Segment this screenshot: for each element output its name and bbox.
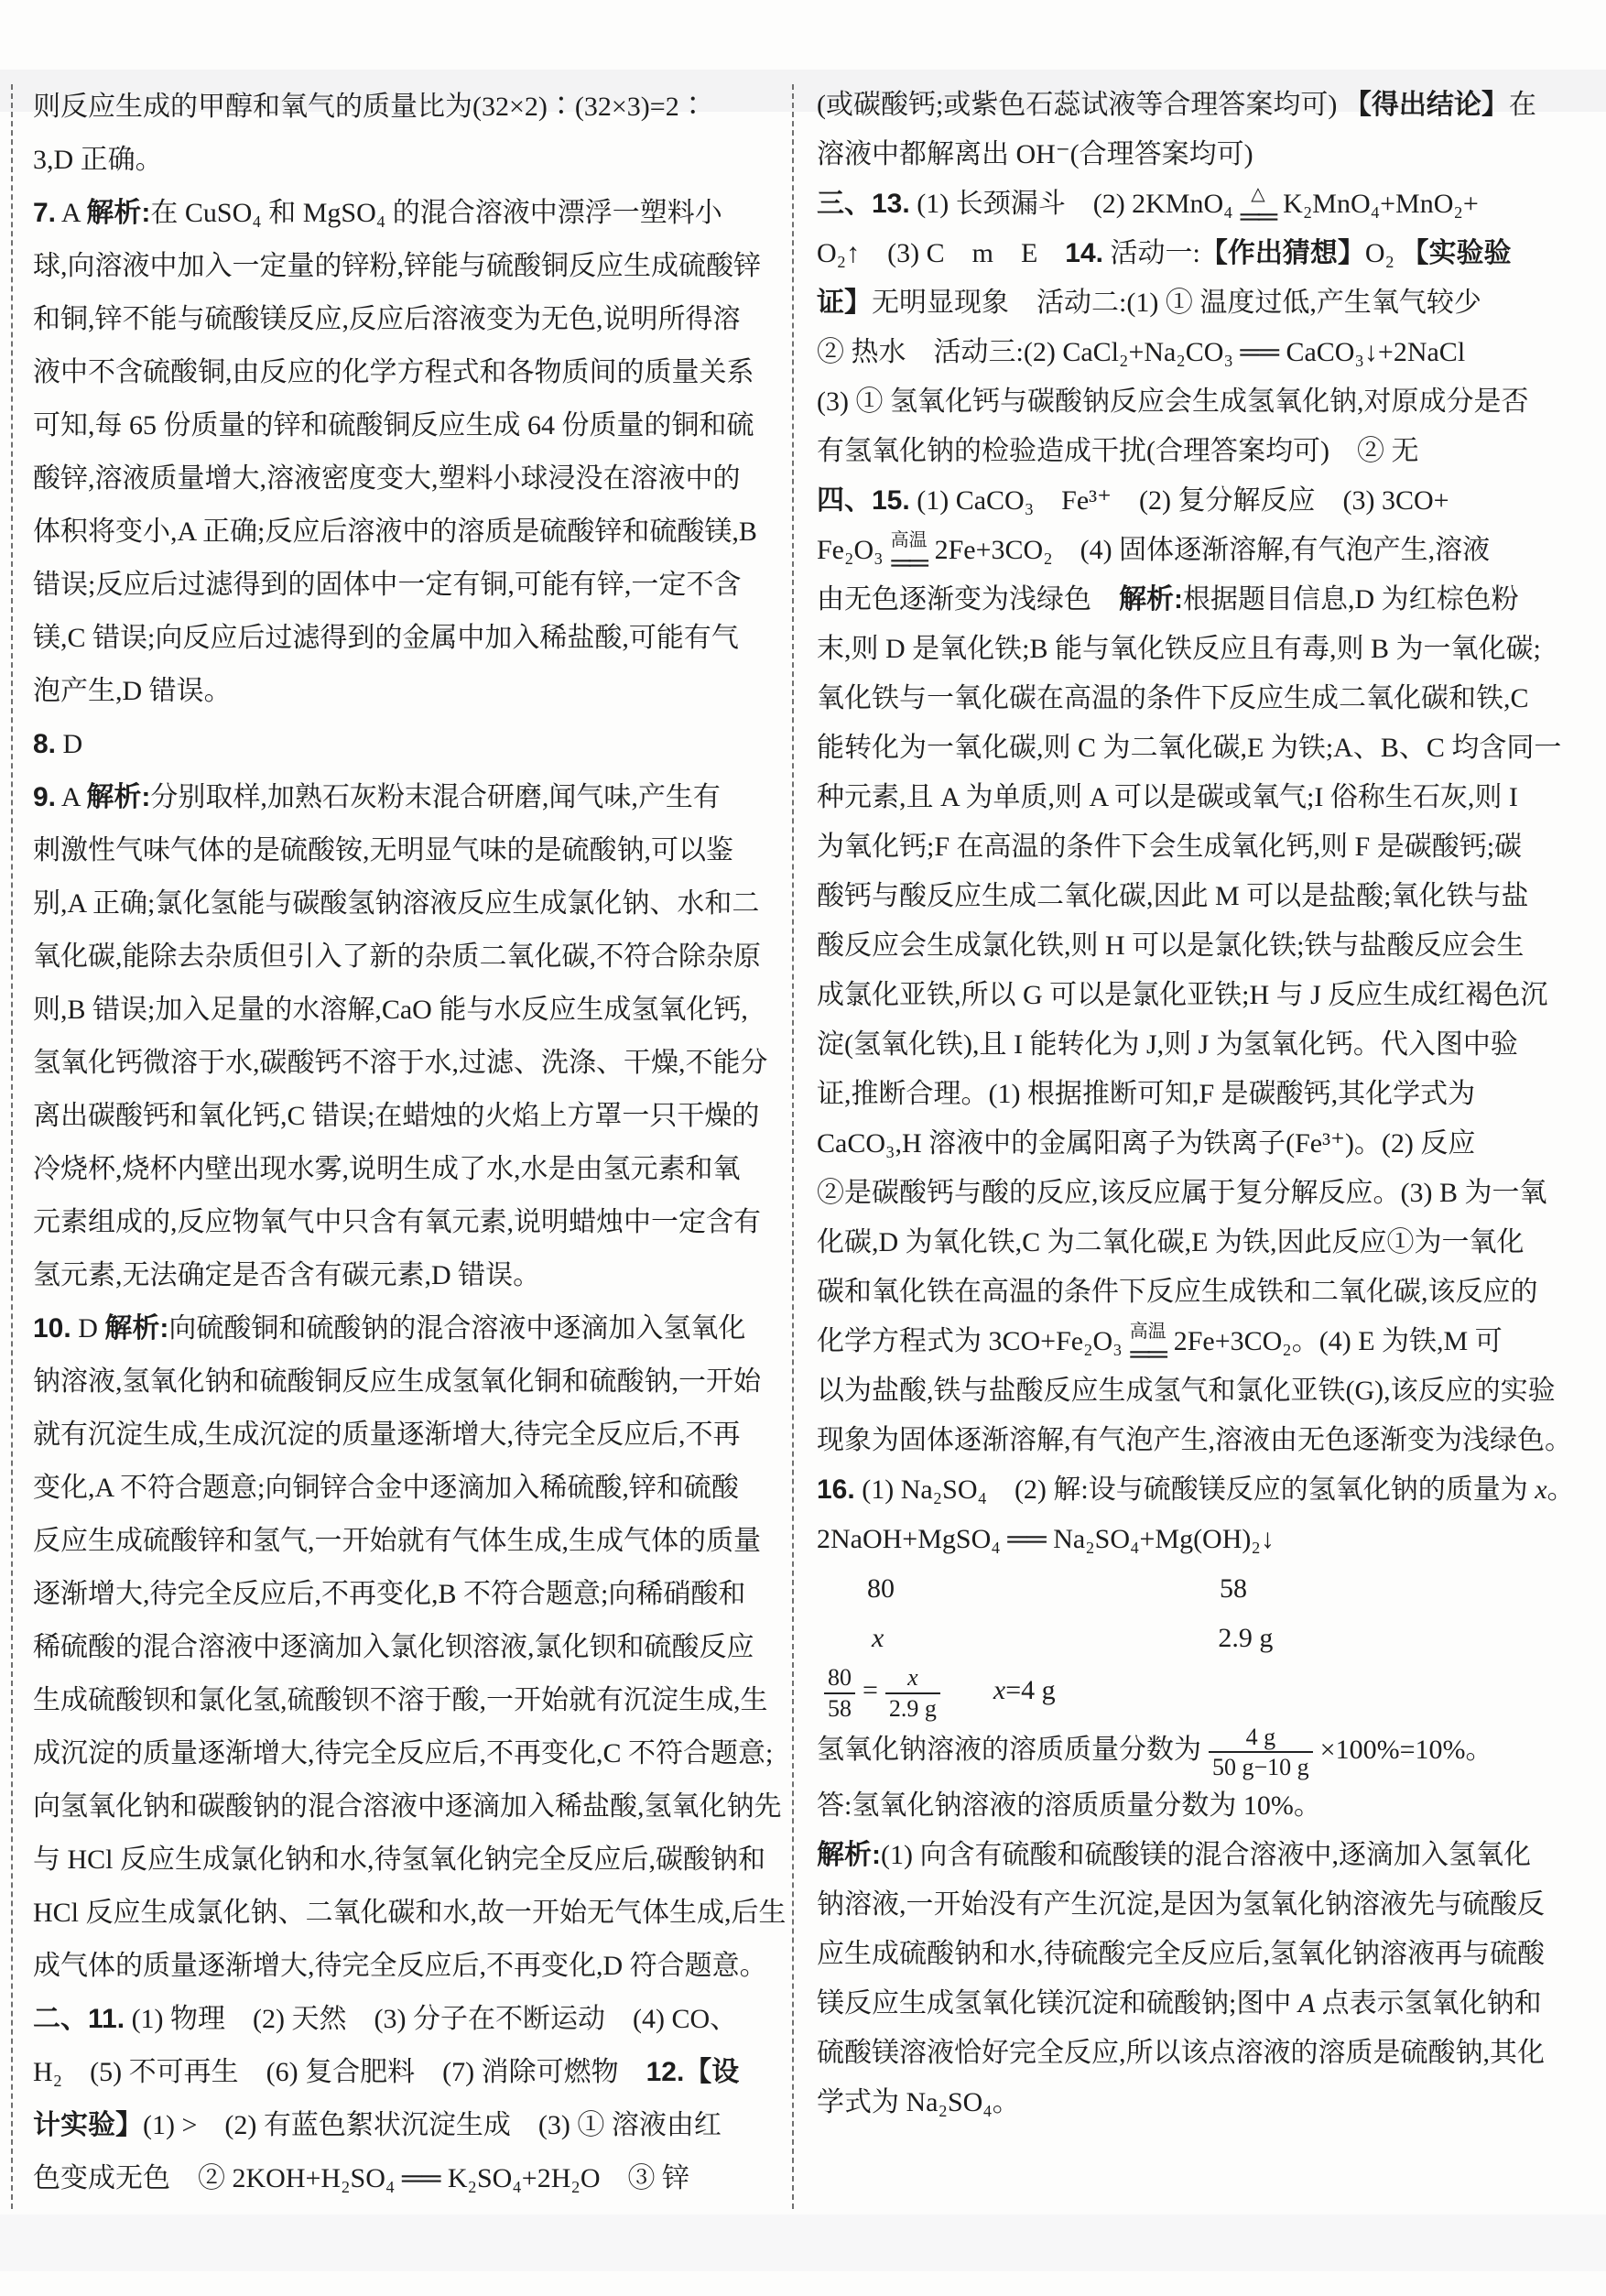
bold-segment: 四、15. <box>817 485 910 516</box>
text-segment: 无明显现象 活动二:(1) ① 温度过低,产生氧气较少 <box>872 288 1481 318</box>
text-segment: 氢氧化钙微溶于水,碳酸钙不溶于水,过滤、洗涤、干燥,不能分 <box>33 1048 768 1078</box>
text-line: 答:氢氧化钠溶液的溶质质量分数为 10%。 <box>817 1781 1577 1831</box>
text-line: 反应生成硫酸锌和氢气,一开始就有气体生成,生成气体的质量 <box>33 1515 782 1568</box>
text-line: 成沉淀的质量逐渐增大,待完全反应后,不再变化,C 不符合题意; <box>33 1727 782 1780</box>
text-segment: 根据题目信息,D 为红棕色粉 <box>1183 584 1519 615</box>
text-segment: 离出碳酸钙和氧化钙,C 错误;在蜡烛的火焰上方罩一只干燥的 <box>33 1101 759 1131</box>
text-line: 解析:(1) 向含有硫酸和硫酸镁的混合溶液中,逐滴加入氢氧化 <box>817 1831 1577 1880</box>
text-segment: 应生成硫酸钠和水,待硫酸完全反应后,氢氧化钠溶液再与硫酸 <box>817 1939 1545 1969</box>
text-line: 与 HCl 反应生成氯化钠和水,待氢氧化钠完全反应后,碳酸钠和 <box>33 1834 782 1887</box>
text-line: 则,B 错误;加入足量的水溶解,CaO 能与水反应生成氢氧化钙, <box>33 984 782 1037</box>
text-segment: (1) 物理 (2) 天然 (3) 分子在不断运动 (4) CO、 <box>125 2004 737 2034</box>
text-line: 色变成无色 ② 2KOH+H₂SO₄ ══ K₂SO₄+2H₂O ③ 锌 <box>33 2152 782 2205</box>
text-segment: ×100%=10%。 <box>1320 1735 1493 1765</box>
text-segment: 淀(氢氧化铁),且 I 能转化为 J,则 J 为氢氧化钙。代入图中验 <box>817 1029 1518 1060</box>
bold-segment: 证】 <box>817 288 872 318</box>
text-segment: 和铜,锌不能与硫酸镁反应,反应后溶液变为无色,说明所得溶 <box>33 304 741 334</box>
text-segment: H₂ (5) 不可再生 (6) 复合肥料 (7) 消除可燃物 <box>33 2057 646 2087</box>
text-segment: 化碳,D 为氧化铁,C 为二氧化碳,E 为铁,因此反应①为一氧化 <box>817 1227 1525 1257</box>
text-segment: 成气体的质量逐渐增大,待完全反应后,不再变化,D 符合题意。 <box>33 1951 767 1981</box>
text-line: 碳和氧化铁在高温的条件下反应生成铁和二氧化碳,该反应的 <box>817 1268 1577 1317</box>
text-line: 氢氧化钙微溶于水,碳酸钙不溶于水,过滤、洗涤、干燥,不能分 <box>33 1037 782 1090</box>
text-line: 液中不含硫酸铜,由反应的化学方程式和各物质间的质量关系 <box>33 346 782 399</box>
text-line: 氧化铁与一氧化碳在高温的条件下反应生成二氧化碳和铁,C <box>817 674 1577 724</box>
reaction-condition-equals: 高温══ <box>891 529 928 575</box>
text-segment: 末,则 D 是氧化铁;B 能与氧化铁反应且有毒,则 B 为一氧化碳; <box>817 634 1541 664</box>
text-line: 种元素,且 A 为单质,则 A 可以是碳或氧气;I 俗称生石灰,则 I <box>817 773 1577 822</box>
text-segment: 58 <box>1220 1573 1247 1604</box>
text-segment: 稀硫酸的混合溶液中逐滴加入氯化钡溶液,氯化钡和硫酸反应 <box>33 1632 754 1662</box>
text-segment: 碳和氧化铁在高温的条件下反应生成铁和二氧化碳,该反应的 <box>817 1277 1538 1307</box>
text-line: 8058 <box>817 1564 1577 1614</box>
bold-segment: 计实验】 <box>33 2110 143 2140</box>
text-segment: (1) 长颈漏斗 (2) 2KMnO₄ <box>910 189 1233 219</box>
text-segment: 刺激性气味气体的是硫酸铵,无明显气味的是硫酸钠,可以鉴 <box>33 835 733 865</box>
text-line: 和铜,锌不能与硫酸镁反应,反应后溶液变为无色,说明所得溶 <box>33 293 782 346</box>
text-line: 可知,每 65 份质量的锌和硫酸铜反应生成 64 份质量的铜和硫 <box>33 399 782 452</box>
text-line: 向氢氧化钠和碳酸钠的混合溶液中逐滴加入稀盐酸,氢氧化钠先 <box>33 1780 782 1834</box>
bold-segment: 【得出结论】 <box>1344 90 1509 120</box>
text-segment: 冷烧杯,烧杯内壁出现水雾,说明生成了水,水是由氢元素和氧 <box>33 1154 741 1184</box>
text-segment: 证,推断合理。(1) 根据推断可知,F 是碳酸钙,其化学式为 <box>817 1079 1475 1109</box>
text-segment: 。 <box>1547 1474 1575 1505</box>
text-segment: 化学方程式为 3CO+Fe₂O₃ <box>817 1326 1123 1356</box>
double-line-equals: ══ <box>1241 205 1276 229</box>
text-segment: 可知,每 65 份质量的锌和硫酸铜反应生成 64 份质量的铜和硫 <box>33 410 754 441</box>
text-line: 10. D 解析:向硫酸铜和硫酸钠的混合溶液中逐滴加入氢氧化 <box>33 1302 782 1355</box>
text-segment: 酸锌,溶液质量增大,溶液密度变大,塑料小球浸没在溶液中的 <box>33 463 741 494</box>
text-segment: 氢氧化钠溶液的溶质质量分数为 <box>817 1735 1201 1765</box>
text-line: HCl 反应生成氯化钠、二氧化碳和水,故一开始无气体生成,后生 <box>33 1887 782 1940</box>
text-line: 为氧化钙;F 在高温的条件下会生成氧化钙,则 F 是碳酸钙;碳 <box>817 822 1577 872</box>
text-line: 氢氧化钠溶液的溶质质量分数为4 g50 g−10 g×100%=10%。 <box>817 1723 1577 1781</box>
text-line: 能转化为一氧化碳,则 C 为二氧化碳,E 为铁;A、B、C 均含同一 <box>817 724 1577 773</box>
bold-segment: 二、11. <box>33 2004 125 2034</box>
text-segment: 2Fe+3CO₂。(4) E 为铁,M 可 <box>1174 1326 1503 1356</box>
text-line: 应生成硫酸钠和水,待硫酸完全反应后,氢氧化钠溶液再与硫酸 <box>817 1930 1577 1979</box>
text-line: ② 热水 活动三:(2) CaCl₂+Na₂CO₃ ══ CaCO₃↓+2NaC… <box>817 328 1577 377</box>
double-line-equals: ══ <box>891 551 928 575</box>
bold-segment: 解析: <box>86 782 150 812</box>
text-segment: 2NaOH+MgSO₄ ══ Na₂SO₄+Mg(OH)₂↓ <box>817 1524 1275 1554</box>
text-segment: (1) 向含有硫酸和硫酸镁的混合溶液中,逐滴加入氢氧化 <box>881 1840 1531 1870</box>
text-segment: 硫酸镁溶液恰好完全反应,所以该点溶液的溶质是硫酸钠,其化 <box>817 2038 1545 2068</box>
text-segment: 学式为 Na₂SO₄。 <box>817 2087 1020 2117</box>
text-segment: 元素组成的,反应物氧气中只含有氧元素,说明蜡烛中一定含有 <box>33 1207 761 1237</box>
text-line: 证】无明显现象 活动二:(1) ① 温度过低,产生氧气较少 <box>817 278 1577 328</box>
text-line: 生成硫酸钡和氯化氢,硫酸钡不溶于酸,一开始就有沉淀生成,生 <box>33 1674 782 1727</box>
text-line: Fe₂O₃高温══2Fe+3CO₂ (4) 固体逐渐溶解,有气泡产生,溶液 <box>817 526 1577 575</box>
text-segment: K₂MnO₄+MnO₂+ <box>1283 189 1479 219</box>
fraction-numerator: 80 <box>824 1663 855 1692</box>
text-segment: 反应生成硫酸锌和氢气,一开始就有气体生成,生成气体的质量 <box>33 1526 761 1556</box>
text-segment: 别,A 正确;氯化氢能与碳酸氢钠溶液反应生成氯化钠、水和二 <box>33 888 759 919</box>
text-segment: 钠溶液,氢氧化钠和硫酸铜反应生成氢氧化铜和硫酸钠,一开始 <box>33 1366 761 1397</box>
text-line: 酸钙与酸反应生成二氧化碳,因此 M 可以是盐酸;氧化铁与盐 <box>817 872 1577 921</box>
text-line: 氢元素,无法确定是否含有碳元素,D 错误。 <box>33 1249 782 1302</box>
bold-segment: 7. <box>33 198 56 228</box>
italic-variable: A <box>1298 1988 1315 2019</box>
text-segment: 答:氢氧化钠溶液的溶质质量分数为 10%。 <box>817 1790 1321 1821</box>
italic-variable: x <box>872 1623 884 1653</box>
text-line: 8058=x2.9 gx=4 g <box>817 1663 1577 1722</box>
text-line: 镁反应生成氢氧化镁沉淀和硫酸钠;图中 A 点表示氢氧化钠和 <box>817 1979 1577 2029</box>
italic-variable: x <box>1535 1474 1546 1505</box>
text-segment: 则反应生成的甲醇和氧气的质量比为(32×2)∶(32×3)=2∶ <box>33 92 707 122</box>
text-segment: D <box>71 1313 105 1344</box>
text-segment: 在 <box>1509 90 1536 120</box>
text-segment: O₂↑ (3) C m E <box>817 238 1065 268</box>
text-line: ②是碳酸钙与酸的反应,该反应属于复分解反应。(3) B 为一氧 <box>817 1169 1577 1218</box>
text-segment: 活动一: <box>1103 238 1200 268</box>
text-line: 酸锌,溶液质量增大,溶液密度变大,塑料小球浸没在溶液中的 <box>33 452 782 506</box>
text-segment: 成沉淀的质量逐渐增大,待完全反应后,不再变化,C 不符合题意; <box>33 1738 773 1768</box>
text-line: 镁,C 错误;向反应后过滤得到的金属中加入稀盐酸,可能有气 <box>33 612 782 665</box>
text-segment: (1) CaCO₃ Fe³⁺ (2) 复分解反应 (3) 3CO+ <box>910 485 1449 516</box>
bold-segment: 解析: <box>104 1313 168 1344</box>
text-line: 硫酸镁溶液恰好完全反应,所以该点溶液的溶质是硫酸钠,其化 <box>817 2029 1577 2078</box>
text-line: 7. A 解析:在 CuSO₄ 和 MgSO₄ 的混合溶液中漂浮一塑料小 <box>33 187 782 240</box>
fraction-numerator: x <box>885 1663 940 1692</box>
text-segment: 氧化碳,能除去杂质但引入了新的杂质二氧化碳,不符合除杂原 <box>33 941 761 972</box>
text-segment: ② 热水 活动三:(2) CaCl₂+Na₂CO₃ ══ CaCO₃↓+2NaC… <box>817 337 1465 367</box>
spacer <box>817 1646 872 1647</box>
text-line: 16. (1) Na₂SO₄ (2) 解:设与硫酸镁反应的氢氧化钠的质量为 x。 <box>817 1465 1577 1515</box>
text-line: 成气体的质量逐渐增大,待完全反应后,不再变化,D 符合题意。 <box>33 1940 782 1993</box>
bold-segment: 14. <box>1065 238 1103 268</box>
text-segment: 3,D 正确。 <box>33 145 163 175</box>
text-line: 别,A 正确;氯化氢能与碳酸氢钠溶液反应生成氯化钠、水和二 <box>33 877 782 930</box>
text-segment: 由无色逐渐变为浅绿色 <box>817 584 1119 615</box>
text-segment: 氧化铁与一氧化碳在高温的条件下反应生成二氧化碳和铁,C <box>817 683 1529 713</box>
stacked-fraction: x2.9 g <box>885 1663 940 1722</box>
text-line: 则反应生成的甲醇和氧气的质量比为(32×2)∶(32×3)=2∶ <box>33 81 782 134</box>
text-line: 稀硫酸的混合溶液中逐滴加入氯化钡溶液,氯化钡和硫酸反应 <box>33 1621 782 1674</box>
text-line: 成氯化亚铁,所以 G 可以是氯化亚铁;H 与 J 反应生成红褐色沉 <box>817 971 1577 1020</box>
text-line: 学式为 Na₂SO₄。 <box>817 2078 1577 2127</box>
text-line: 有氢氧化钠的检验造成干扰(合理答案均可) ② 无 <box>817 427 1577 476</box>
text-line: 泡产生,D 错误。 <box>33 665 782 718</box>
text-segment: 氢元素,无法确定是否含有碳元素,D 错误。 <box>33 1260 540 1290</box>
fraction-denominator: 2.9 g <box>885 1692 940 1723</box>
text-segment: 有氢氧化钠的检验造成干扰(合理答案均可) ② 无 <box>817 436 1418 466</box>
text-segment: 液中不含硫酸铜,由反应的化学方程式和各物质间的质量关系 <box>33 357 754 387</box>
bold-segment: 9. <box>33 782 56 812</box>
text-line: 钠溶液,氢氧化钠和硫酸铜反应生成氢氧化铜和硫酸钠,一开始 <box>33 1355 782 1409</box>
bold-segment: 16. <box>817 1474 855 1505</box>
text-segment: 向氢氧化钠和碳酸钠的混合溶液中逐滴加入稀盐酸,氢氧化钠先 <box>33 1791 782 1822</box>
stacked-fraction: 8058 <box>824 1663 855 1722</box>
text-segment: 溶液中都解离出 OH⁻(合理答案均可) <box>817 139 1253 169</box>
text-line: CaCO₃,H 溶液中的金属阳离子为铁离子(Fe³⁺)。(2) 反应 <box>817 1119 1577 1169</box>
spacer <box>895 1596 1220 1597</box>
italic-variable: x <box>993 1675 1005 1705</box>
text-segment: ②是碳酸钙与酸的反应,该反应属于复分解反应。(3) B 为一氧 <box>817 1178 1547 1208</box>
text-line: 由无色逐渐变为浅绿色 解析:根据题目信息,D 为红棕色粉 <box>817 575 1577 625</box>
text-line: 钠溶液,一开始没有产生沉淀,是因为氢氧化钠溶液先与硫酸反 <box>817 1880 1577 1930</box>
text-segment: 为氧化钙;F 在高温的条件下会生成氧化钙,则 F 是碳酸钙;碳 <box>817 832 1522 862</box>
text-line: 错误;反应后过滤得到的固体中一定有铜,可能有锌,一定不含 <box>33 559 782 612</box>
text-line: 现象为固体逐渐溶解,有气泡产生,溶液由无色逐渐变为浅绿色。 <box>817 1416 1577 1465</box>
text-segment: 则,B 错误;加入足量的水溶解,CaO 能与水反应生成氢氧化钙, <box>33 995 748 1025</box>
text-segment: D <box>56 729 82 759</box>
text-segment: 种元素,且 A 为单质,则 A 可以是碳或氧气;I 俗称生石灰,则 I <box>817 782 1518 812</box>
spacer <box>884 1646 1218 1647</box>
text-segment: Fe₂O₃ <box>817 535 884 565</box>
text-segment: 能转化为一氧化碳,则 C 为二氧化碳,E 为铁;A、B、C 均含同一 <box>817 733 1561 763</box>
scan-shade-bottom <box>0 2214 1606 2271</box>
text-line: 四、15. (1) CaCO₃ Fe³⁺ (2) 复分解反应 (3) 3CO+ <box>817 476 1577 526</box>
text-segment: 与 HCl 反应生成氯化钠和水,待氢氧化钠完全反应后,碳酸钠和 <box>33 1844 765 1875</box>
text-segment: 体积将变小,A 正确;反应后溶液中的溶质是硫酸锌和硫酸镁,B <box>33 517 757 547</box>
text-segment: 球,向溶液中加入一定量的锌粉,锌能与硫酸铜反应生成硫酸锌 <box>33 251 761 281</box>
text-line: O₂↑ (3) C m E 14. 活动一:【作出猜想】O₂ 【实验验 <box>817 229 1577 278</box>
text-line: 2NaOH+MgSO₄ ══ Na₂SO₄+Mg(OH)₂↓ <box>817 1515 1577 1564</box>
left-column: 则反应生成的甲醇和氧气的质量比为(32×2)∶(32×3)=2∶3,D 正确。7… <box>33 81 782 2205</box>
text-line: 化碳,D 为氧化铁,C 为二氧化碳,E 为铁,因此反应①为一氧化 <box>817 1218 1577 1268</box>
text-line: 8. D <box>33 718 782 771</box>
bold-segment: 解析: <box>86 198 150 228</box>
text-segment: CaCO₃,H 溶液中的金属阳离子为铁离子(Fe³⁺)。(2) 反应 <box>817 1128 1475 1159</box>
text-line: 二、11. (1) 物理 (2) 天然 (3) 分子在不断运动 (4) CO、 <box>33 1993 782 2046</box>
text-line: 变化,A 不符合题意;向铜锌合金中逐滴加入稀硫酸,锌和硫酸 <box>33 1462 782 1515</box>
text-line: x2.9 g <box>817 1614 1577 1663</box>
text-segment: 逐渐增大,待完全反应后,不再变化,B 不符合题意;向稀硝酸和 <box>33 1579 745 1609</box>
right-column: (或碳酸钙;或紫色石蕊试液等合理答案均可) 【得出结论】在溶液中都解离出 OH⁻… <box>817 81 1577 2127</box>
bold-segment: 10. <box>33 1313 71 1344</box>
text-line: 刺激性气味气体的是硫酸铵,无明显气味的是硫酸钠,可以鉴 <box>33 824 782 877</box>
stacked-fraction: 4 g50 g−10 g <box>1209 1723 1313 1781</box>
answer-key-page: 则反应生成的甲醇和氧气的质量比为(32×2)∶(32×3)=2∶3,D 正确。7… <box>0 0 1606 2296</box>
reaction-condition-equals: △══ <box>1241 183 1276 229</box>
reaction-condition-equals: 高温══ <box>1130 1321 1167 1366</box>
text-line: 淀(氢氧化铁),且 I 能转化为 J,则 J 为氢氧化钙。代入图中验 <box>817 1020 1577 1070</box>
double-line-equals: ══ <box>1130 1343 1167 1366</box>
spacer <box>817 1596 867 1597</box>
text-line: 离出碳酸钙和氧化钙,C 错误;在蜡烛的火焰上方罩一只干燥的 <box>33 1090 782 1143</box>
bold-segment: 【作出猜想】 <box>1200 238 1365 268</box>
text-segment: 酸钙与酸反应生成二氧化碳,因此 M 可以是盐酸;氧化铁与盐 <box>817 881 1529 911</box>
text-segment: 2.9 g <box>1218 1623 1273 1653</box>
text-segment: 点表示氢氧化钠和 <box>1315 1988 1542 2019</box>
text-segment: 现象为固体逐渐溶解,有气泡产生,溶液由无色逐渐变为浅绿色。 <box>817 1425 1572 1455</box>
text-line: 9. A 解析:分别取样,加熟石灰粉末混合研磨,闻气味,产生有 <box>33 771 782 824</box>
text-segment: O₂ <box>1365 238 1402 268</box>
text-segment: 分别取样,加熟石灰粉末混合研磨,闻气味,产生有 <box>150 782 721 812</box>
bold-segment: 解析: <box>1119 584 1183 615</box>
text-segment: 2Fe+3CO₂ (4) 固体逐渐溶解,有气泡产生,溶液 <box>935 535 1491 565</box>
text-line: 冷烧杯,烧杯内壁出现水雾,说明生成了水,水是由氢元素和氧 <box>33 1143 782 1196</box>
text-segment: 变化,A 不符合题意;向铜锌合金中逐滴加入稀硫酸,锌和硫酸 <box>33 1473 739 1503</box>
text-line: 化学方程式为 3CO+Fe₂O₃高温══2Fe+3CO₂。(4) E 为铁,M … <box>817 1317 1577 1366</box>
column-divider-dashed-line <box>792 84 794 2209</box>
text-line: 酸反应会生成氯化铁,则 H 可以是氯化铁;铁与盐酸反应会生 <box>817 921 1577 971</box>
spacer <box>948 1698 993 1699</box>
text-line: 就有沉淀生成,生成沉淀的质量逐渐增大,待完全反应后,不再 <box>33 1409 782 1462</box>
text-line: 氧化碳,能除去杂质但引入了新的杂质二氧化碳,不符合除杂原 <box>33 930 782 984</box>
text-segment: = <box>863 1675 878 1705</box>
text-segment: 色变成无色 ② 2KOH+H₂SO₄ ══ K₂SO₄+2H₂O ③ 锌 <box>33 2163 689 2193</box>
text-segment: HCl 反应生成氯化钠、二氧化碳和水,故一开始无气体生成,后生 <box>33 1898 787 1928</box>
text-segment: 钠溶液,一开始没有产生沉淀,是因为氢氧化钠溶液先与硫酸反 <box>817 1889 1545 1920</box>
text-segment: 生成硫酸钡和氯化氢,硫酸钡不溶于酸,一开始就有沉淀生成,生 <box>33 1685 768 1715</box>
fraction-denominator: 58 <box>824 1692 855 1723</box>
text-line: 三、13. (1) 长颈漏斗 (2) 2KMnO₄△══K₂MnO₄+MnO₂+ <box>817 180 1577 229</box>
text-segment: (或碳酸钙;或紫色石蕊试液等合理答案均可) <box>817 90 1344 120</box>
bold-segment: 三、13. <box>817 189 910 219</box>
fraction-denominator: 50 g−10 g <box>1209 1751 1313 1781</box>
text-segment: 酸反应会生成氯化铁,则 H 可以是氯化铁;铁与盐酸反应会生 <box>817 930 1525 961</box>
text-segment: (1) Na₂SO₄ (2) 解:设与硫酸镁反应的氢氧化钠的质量为 <box>855 1474 1535 1505</box>
text-line: 逐渐增大,待完全反应后,不再变化,B 不符合题意;向稀硝酸和 <box>33 1568 782 1621</box>
text-line: (或碳酸钙;或紫色石蕊试液等合理答案均可) 【得出结论】在 <box>817 81 1577 130</box>
text-segment: =4 g <box>1005 1675 1055 1705</box>
text-line: (3) ① 氢氧化钙与碳酸钠反应会生成氢氧化钠,对原成分是否 <box>817 377 1577 427</box>
text-line: 末,则 D 是氧化铁;B 能与氧化铁反应且有毒,则 B 为一氧化碳; <box>817 625 1577 674</box>
text-segment: 就有沉淀生成,生成沉淀的质量逐渐增大,待完全反应后,不再 <box>33 1420 741 1450</box>
text-line: 证,推断合理。(1) 根据推断可知,F 是碳酸钙,其化学式为 <box>817 1070 1577 1119</box>
bold-segment: 【实验验 <box>1401 238 1511 268</box>
text-segment: 以为盐酸,铁与盐酸反应生成氢气和氯化亚铁(G),该反应的实验 <box>817 1376 1556 1406</box>
text-line: 球,向溶液中加入一定量的锌粉,锌能与硫酸铜反应生成硫酸锌 <box>33 240 782 293</box>
text-segment: 向硫酸铜和硫酸钠的混合溶液中逐滴加入氢氧化 <box>168 1313 745 1344</box>
text-segment: 镁反应生成氢氧化镁沉淀和硫酸钠;图中 <box>817 1988 1298 2019</box>
text-line: H₂ (5) 不可再生 (6) 复合肥料 (7) 消除可燃物 12.【设 <box>33 2046 782 2099</box>
text-segment: A <box>56 198 86 228</box>
text-segment: (3) ① 氢氧化钙与碳酸钠反应会生成氢氧化钠,对原成分是否 <box>817 386 1528 417</box>
text-segment: 镁,C 错误;向反应后过滤得到的金属中加入稀盐酸,可能有气 <box>33 623 739 653</box>
text-segment: 成氯化亚铁,所以 G 可以是氯化亚铁;H 与 J 反应生成红褐色沉 <box>817 980 1547 1010</box>
bold-segment: 8. <box>33 729 56 759</box>
text-line: 元素组成的,反应物氧气中只含有氧元素,说明蜡烛中一定含有 <box>33 1196 782 1249</box>
text-segment: 在 CuSO₄ 和 MgSO₄ 的混合溶液中漂浮一塑料小 <box>150 198 722 228</box>
bold-segment: 12.【设 <box>646 2057 740 2087</box>
text-segment: A <box>56 782 86 812</box>
left-margin-dashed-line <box>11 84 13 2209</box>
text-line: 计实验】(1) > (2) 有蓝色絮状沉淀生成 (3) ① 溶液由红 <box>33 2099 782 2152</box>
text-segment: 泡产生,D 错误。 <box>33 676 232 706</box>
text-segment: 80 <box>867 1573 895 1604</box>
text-line: 3,D 正确。 <box>33 134 782 187</box>
text-segment: (1) > (2) 有蓝色絮状沉淀生成 (3) ① 溶液由红 <box>143 2110 722 2140</box>
fraction-numerator: 4 g <box>1209 1723 1313 1751</box>
text-line: 体积将变小,A 正确;反应后溶液中的溶质是硫酸锌和硫酸镁,B <box>33 506 782 559</box>
text-line: 以为盐酸,铁与盐酸反应生成氢气和氯化亚铁(G),该反应的实验 <box>817 1366 1577 1416</box>
bold-segment: 解析: <box>817 1840 881 1870</box>
text-line: 溶液中都解离出 OH⁻(合理答案均可) <box>817 130 1577 180</box>
text-segment: 错误;反应后过滤得到的固体中一定有铜,可能有锌,一定不含 <box>33 570 741 600</box>
